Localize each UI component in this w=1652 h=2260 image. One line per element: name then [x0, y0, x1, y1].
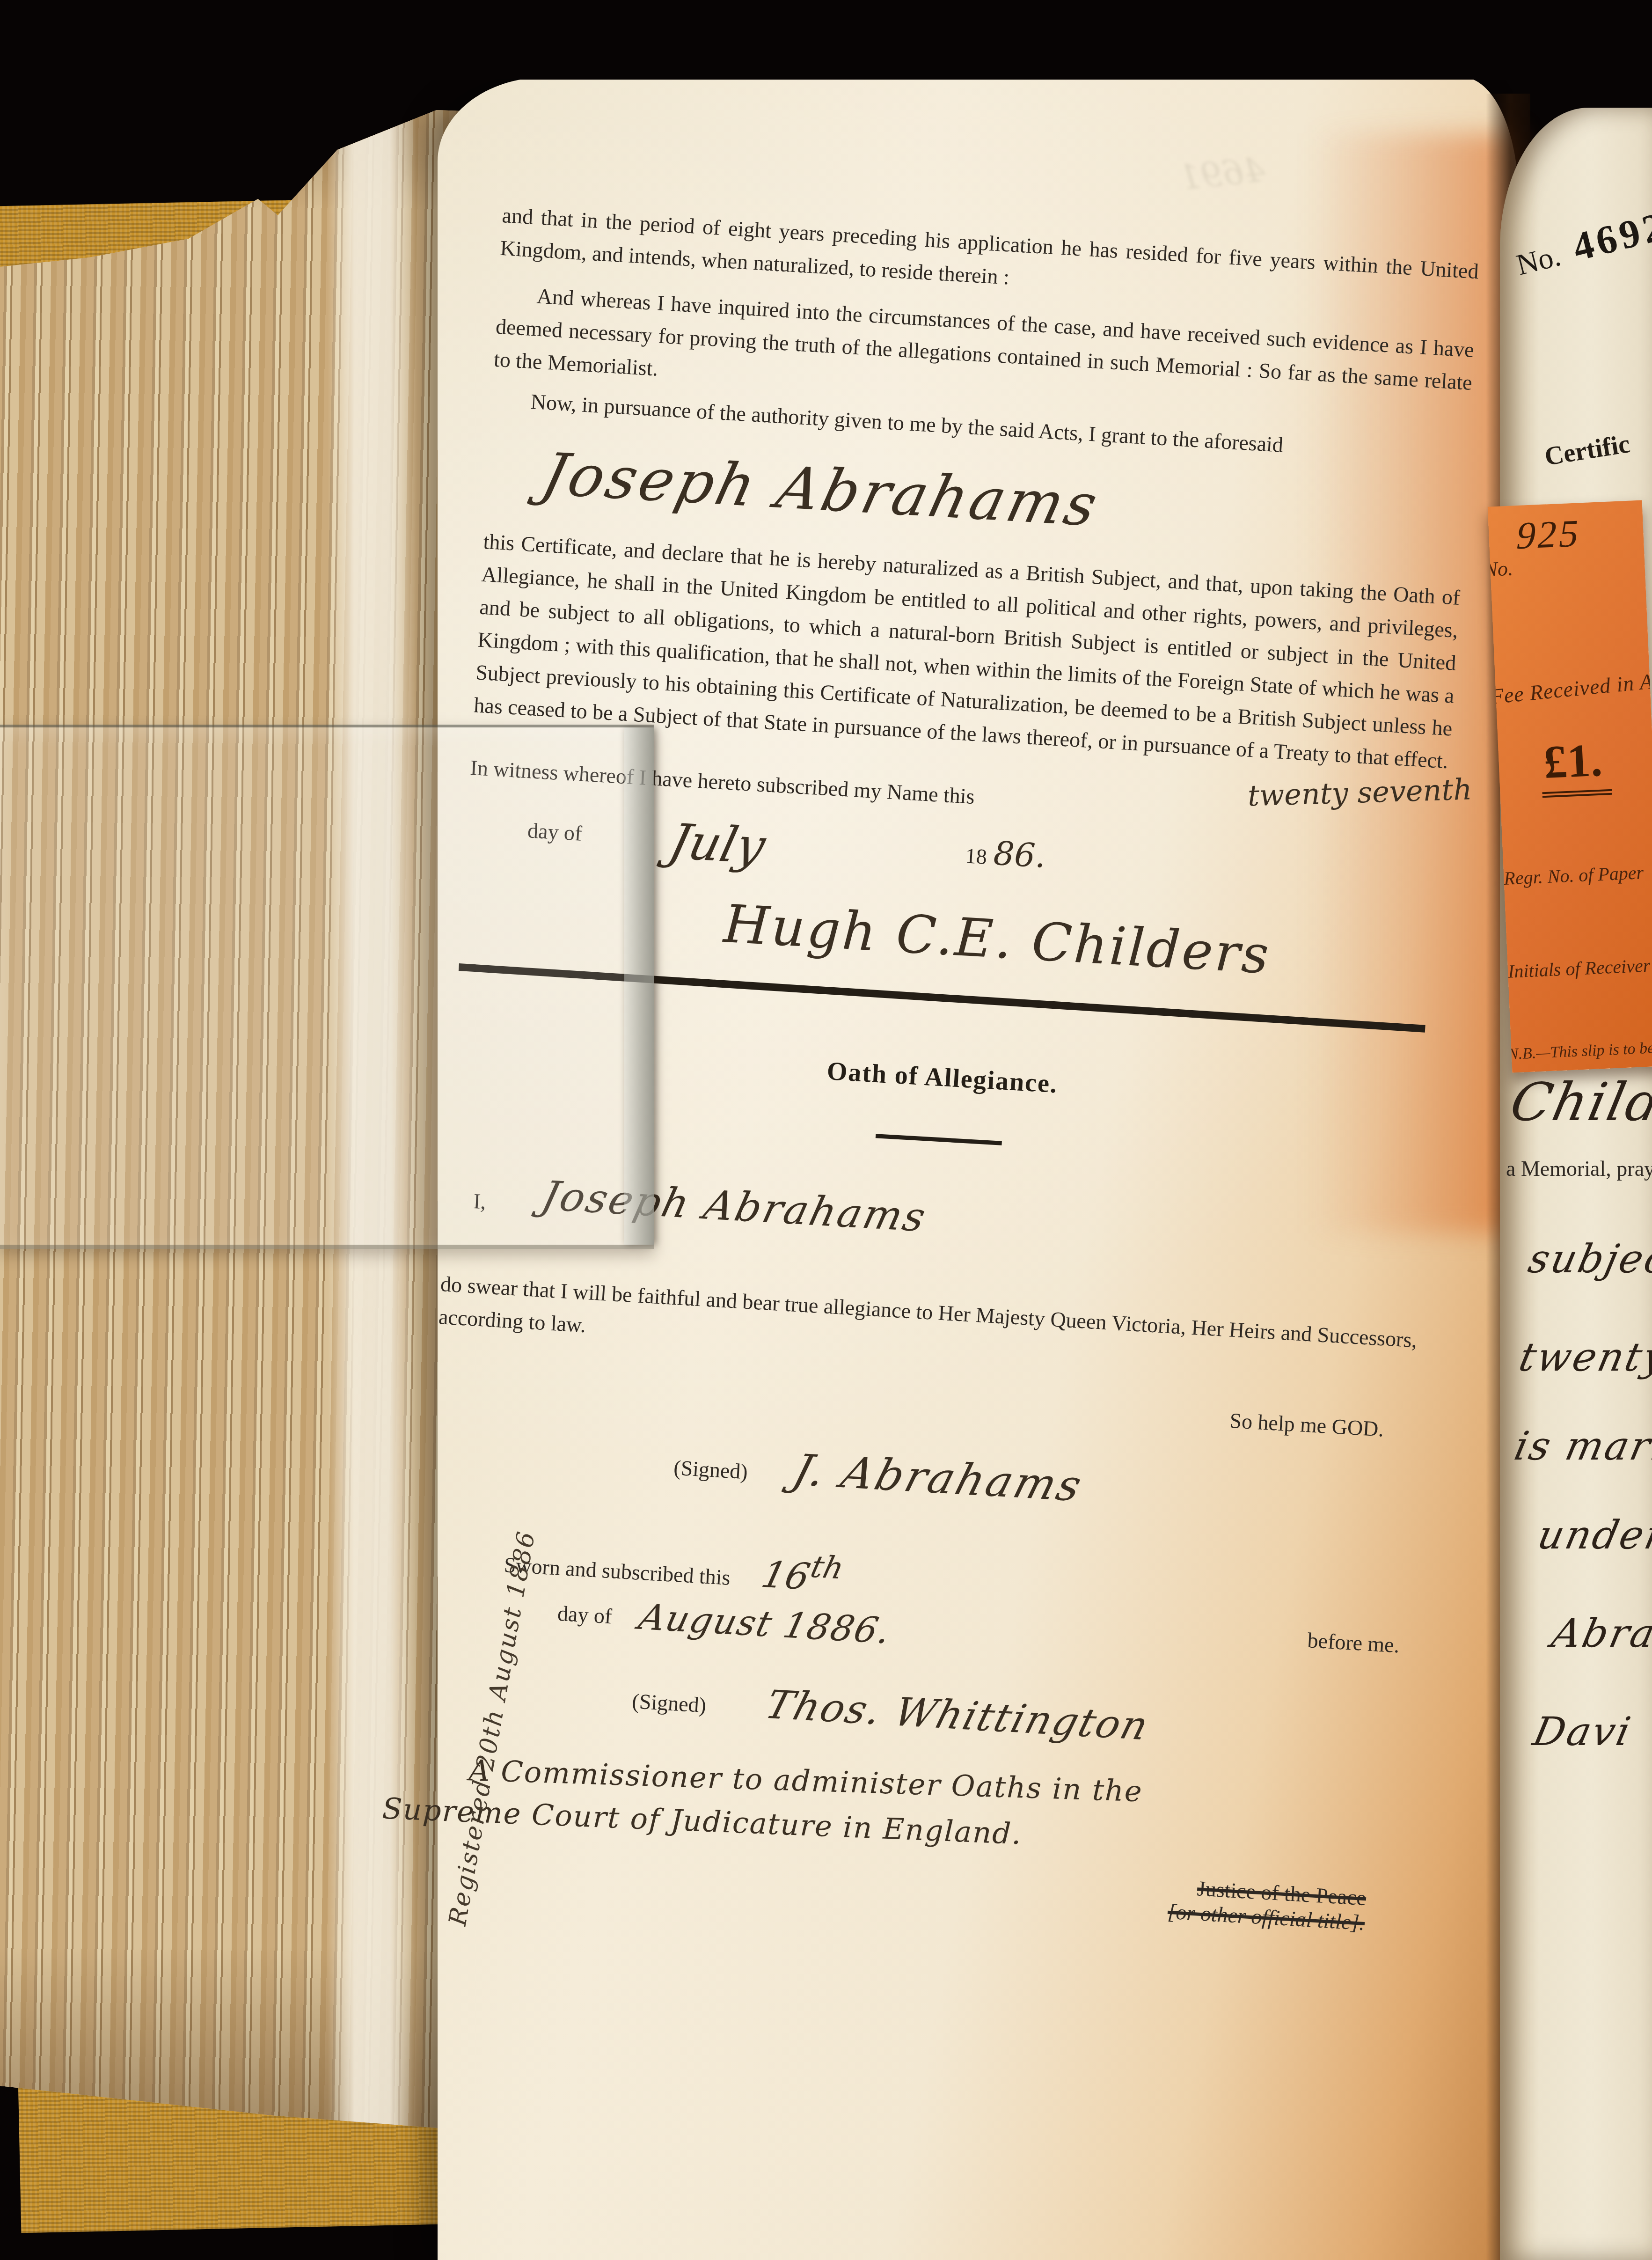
fee-slip-number-row: No. 925: [1488, 500, 1646, 605]
grantee-signature: Joseph Abrahams: [535, 441, 1106, 540]
childers-signature-partial: Childers: [1505, 1072, 1652, 1133]
fee-amount: £1.: [1540, 733, 1612, 798]
oath-signature: J. Abrahams: [788, 1445, 1089, 1511]
background-top: [0, 0, 1652, 80]
right-page-handwriting-2: twenty eig: [1515, 1334, 1652, 1380]
heading-underline: [876, 1134, 1002, 1145]
memorial-line-partial: a Memorial, praying f: [1506, 1156, 1652, 1181]
signed-label: (Signed): [673, 1452, 749, 1489]
reg-no-label: Regr. No. of Paper: [1503, 862, 1644, 889]
signed-label-2: (Signed): [631, 1685, 707, 1722]
sworn-month-handwritten: August 1886.: [635, 1596, 896, 1651]
right-page-handwriting-6: Davi: [1529, 1709, 1637, 1754]
reg-no-row: Regr. No. of Paper A: [1503, 849, 1652, 893]
sworn-day-suffix: th: [807, 1549, 847, 1586]
fee-slip-no-value: 925: [1513, 511, 1584, 558]
witness-day-handwritten: twenty seventh: [1247, 772, 1472, 813]
right-page-handwriting-1: subject of: [1525, 1236, 1652, 1282]
right-page-handwriting-5: Abra: [1548, 1610, 1652, 1656]
fee-slip: No. 925 Fee Received in Accounts B £1. R…: [1488, 500, 1652, 1072]
oath-signature-line: (Signed) J. Abrahams: [672, 1435, 1409, 1527]
before-me-label: before me.: [1307, 1628, 1400, 1658]
home-secretary-signature: Hugh C.E. Childers: [722, 894, 1440, 996]
certificate-number-label: No.: [1513, 239, 1564, 282]
year-printed: 18: [965, 839, 988, 873]
initials-row: Initials of Receiver S.W: [1507, 942, 1652, 985]
glass-weight-right-edge: [624, 727, 654, 1245]
fee-amount-wrap: £1.: [1540, 731, 1652, 798]
glass-page-weight: [0, 725, 654, 1249]
right-page-handwriting-4: under a: [1534, 1512, 1652, 1558]
sworn-prefix: Sworn and subscribed this: [503, 1548, 731, 1594]
right-page-handwriting-3: is marri: [1511, 1423, 1652, 1469]
commissioner-signature-line: (Signed) Thos. Whittington: [631, 1672, 1396, 1761]
initials-label: Initials of Receiver: [1507, 955, 1651, 982]
sworn-day-handwritten: 16th: [758, 1547, 848, 1600]
sworn-day-number: 16: [758, 1554, 814, 1598]
photograph-naturalization-register: 4691 and that in the period of eight yea…: [0, 0, 1652, 2260]
commissioner-signature: Thos. Whittington: [761, 1681, 1155, 1749]
fee-received-line: Fee Received in Accounts B: [1489, 669, 1651, 709]
slip-nb-note: N.B.—This slip is to be aff counterpart …: [1507, 1035, 1652, 1072]
sworn-day-of-label: day of: [556, 1597, 613, 1633]
fee-slip-no-label: No.: [1488, 557, 1513, 582]
year-handwritten: 86.: [993, 834, 1047, 875]
witness-month-handwritten: July: [664, 813, 771, 875]
right-page: [1500, 108, 1652, 2260]
